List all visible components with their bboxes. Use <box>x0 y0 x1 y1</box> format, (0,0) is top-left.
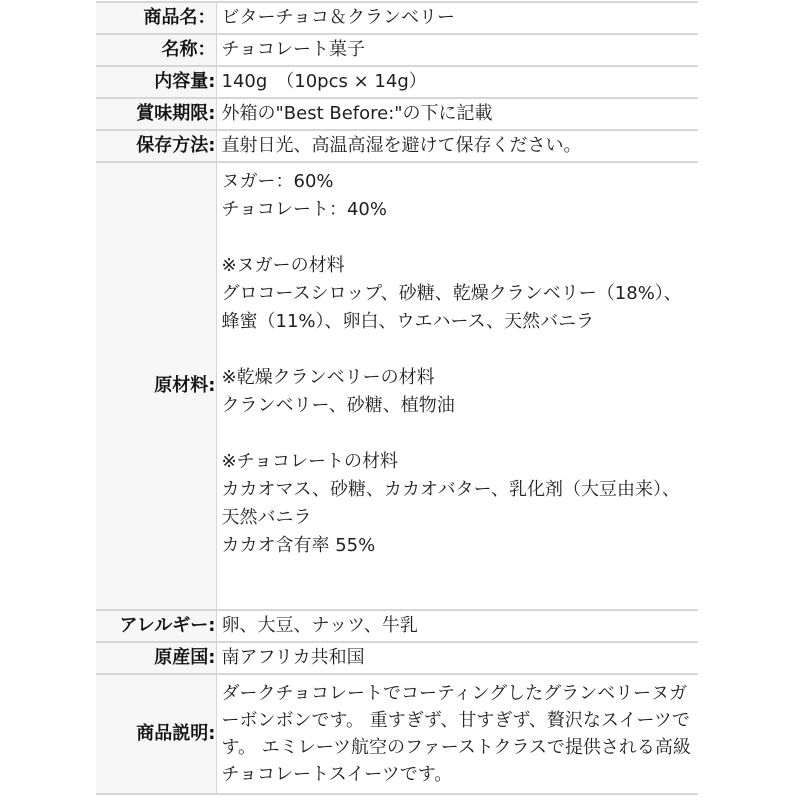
row-value-ingredients: ヌガー：60% チョコレート：40% ※ヌガーの材料 グロコースシロップ、砂糖、… <box>216 162 698 610</box>
row-value-net-content: 140g （10pcs × 14g） <box>216 66 698 98</box>
table-row-origin: 原産国: 南アフリカ共和国 <box>96 642 698 674</box>
row-value-storage: 直射日光、高温高湿を避けて保存ください。 <box>216 130 698 162</box>
product-spec-page: 商品名： ビターチョコ＆クランベリー 名称： チョコレート菓子 内容量: 140… <box>0 1 800 800</box>
table-row-storage: 保存方法: 直射日光、高温高湿を避けて保存ください。 <box>96 130 698 162</box>
table-row-allergens: アレルギー: 卵、大豆、ナッツ、牛乳 <box>96 610 698 642</box>
row-label-product-name: 商品名： <box>96 2 216 34</box>
table-row-ingredients: 原材料: ヌガー：60% チョコレート：40% ※ヌガーの材料 グロコースシロッ… <box>96 162 698 610</box>
row-value-origin: 南アフリカ共和国 <box>216 642 698 674</box>
row-value-allergens: 卵、大豆、ナッツ、牛乳 <box>216 610 698 642</box>
row-value-description: ダークチョコレートでコーティングしたグランベリーヌガーボンボンです。 重すぎず、… <box>216 674 698 794</box>
row-label-allergens: アレルギー: <box>96 610 216 642</box>
row-label-storage: 保存方法: <box>96 130 216 162</box>
row-label-best-before: 賞味期限: <box>96 98 216 130</box>
row-label-name: 名称： <box>96 34 216 66</box>
table-row-description: 商品説明: ダークチョコレートでコーティングしたグランベリーヌガーボンボンです。… <box>96 674 698 794</box>
table-row-net-content: 内容量: 140g （10pcs × 14g） <box>96 66 698 98</box>
row-value-name: チョコレート菓子 <box>216 34 698 66</box>
row-label-origin: 原産国: <box>96 642 216 674</box>
table-row-best-before: 賞味期限: 外箱の"Best Before:"の下に記載 <box>96 98 698 130</box>
row-label-description: 商品説明: <box>96 674 216 794</box>
row-value-product-name: ビターチョコ＆クランベリー <box>216 2 698 34</box>
product-spec-table: 商品名： ビターチョコ＆クランベリー 名称： チョコレート菓子 内容量: 140… <box>96 1 698 795</box>
table-row-name: 名称： チョコレート菓子 <box>96 34 698 66</box>
row-label-net-content: 内容量: <box>96 66 216 98</box>
row-value-best-before: 外箱の"Best Before:"の下に記載 <box>216 98 698 130</box>
row-label-ingredients: 原材料: <box>96 162 216 610</box>
table-row-product-name: 商品名： ビターチョコ＆クランベリー <box>96 2 698 34</box>
